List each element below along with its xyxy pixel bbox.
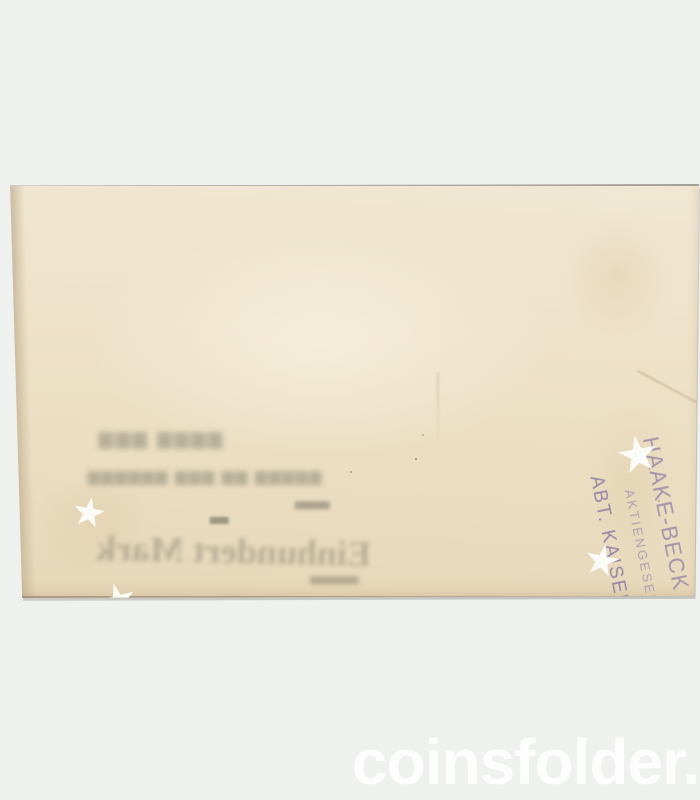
paper-crease <box>437 372 439 457</box>
bleedthrough-line: ▆▆▆ <box>210 515 228 524</box>
star-punch-hole <box>96 579 140 623</box>
star-punch-hole <box>563 651 608 696</box>
paper-wrinkle <box>40 612 190 618</box>
bleedthrough-denomination-text: Einhundert Mark <box>96 527 372 575</box>
photo-background: ▆▆▆▆ ▆▆▆ ▆▆▆▆▆ ▆▆ ▆▆▆ ▆▆▆▆▆▆ ▆▆▆▆▆ ▆▆▆ E… <box>0 0 700 800</box>
banknote-top-edge <box>10 184 700 186</box>
star-punch-hole <box>78 657 120 699</box>
star-punch-hole <box>70 494 107 531</box>
banknote-reverse: ▆▆▆▆ ▆▆▆ ▆▆▆▆▆ ▆▆ ▆▆▆ ▆▆▆▆▆▆ ▆▆▆▆▆ ▆▆▆ E… <box>10 184 700 598</box>
bleedthrough-line: ▆▆▆▆▆▆▆ <box>310 574 358 585</box>
banknote-left-edge-shading <box>10 184 36 598</box>
foxing-specks <box>415 458 417 460</box>
site-watermark: coinsfolder. <box>352 730 699 794</box>
bleedthrough-line: ▆▆▆▆▆ ▆▆ ▆▆▆ ▆▆▆▆▆▆ <box>86 467 321 485</box>
paper-wrinkle <box>250 628 690 646</box>
bleedthrough-line: ▆▆▆▆▆ <box>295 499 330 510</box>
bleedthrough-line: ▆▆▆▆ ▆▆▆ <box>96 428 222 449</box>
paper-wrinkle <box>440 654 700 661</box>
